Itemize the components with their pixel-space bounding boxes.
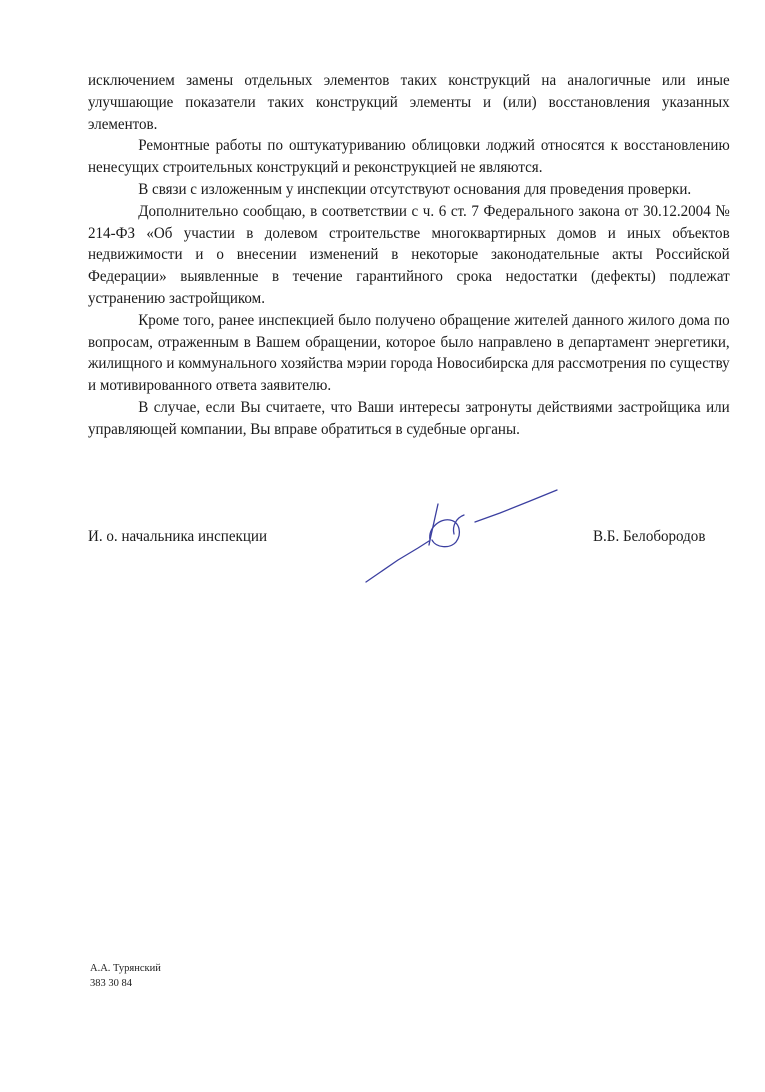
signatory-position: И. о. начальника инспекции — [88, 527, 267, 546]
paragraph-court-rights: В случае, если Вы считаете, что Ваши инт… — [88, 397, 730, 441]
paragraph-continuation: исключением замены отдельных элементов т… — [88, 70, 730, 135]
executor-phone: 383 30 84 — [90, 976, 161, 991]
paragraph-federal-law: Дополнительно сообщаю, в соответствии с … — [88, 201, 730, 310]
paragraph-no-grounds: В связи с изложенным у инспекции отсутст… — [88, 179, 730, 201]
handwritten-signature-icon — [355, 480, 565, 590]
letter-body: исключением замены отдельных элементов т… — [88, 70, 730, 441]
executor-footer: А.А. Турянский 383 30 84 — [90, 961, 161, 991]
paragraph-previous-appeal: Кроме того, ранее инспекцией было получе… — [88, 310, 730, 397]
paragraph-repair-works: Ремонтные работы по оштукатуриванию обли… — [88, 135, 730, 179]
signatory-name: В.Б. Белобородов — [593, 527, 705, 546]
document-page: исключением замены отдельных элементов т… — [0, 0, 765, 1092]
executor-name: А.А. Турянский — [90, 961, 161, 976]
